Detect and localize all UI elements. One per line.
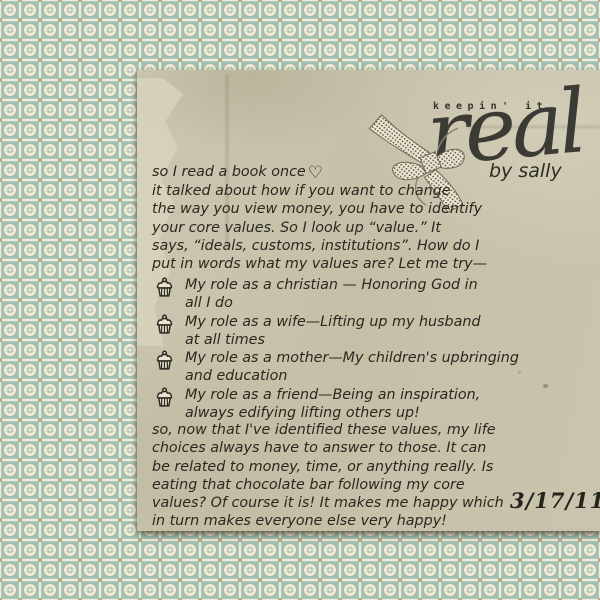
bullet-text: My role as a mother—My children's upbrin…: [185, 349, 519, 367]
bullet-text: and education: [185, 367, 519, 385]
journal-line: says, “ideals, customs, institutions”. H…: [152, 237, 487, 255]
values-list: My role as a christian — Honoring God in…: [152, 276, 519, 422]
journal-line: put in words what my values are? Let me …: [152, 255, 487, 273]
cupcake-icon: [154, 387, 175, 408]
journal-line: in turn makes everyone else very happy!: [152, 512, 504, 530]
cupcake-icon: [154, 314, 175, 335]
list-item: My role as a mother—My children's upbrin…: [152, 349, 519, 386]
scrapbook-page: keepin' it real by sally: [0, 0, 600, 600]
journal-closing: so, now that I've identified these value…: [152, 421, 504, 531]
heart-outline-icon: ♡: [308, 163, 323, 183]
journal-line: so, now that I've identified these value…: [152, 421, 504, 439]
paper-stain: [543, 384, 548, 388]
journal-line: eating that chocolate bar following my c…: [152, 476, 504, 494]
bullet-text: at all times: [185, 331, 519, 349]
bullet-text: My role as a wife—Lifting up my husband: [185, 313, 519, 331]
journal-line: it talked about how if you want to chang…: [152, 182, 487, 200]
bullet-text: always edifying lifting others up!: [185, 404, 519, 422]
date-label: 3/17/11: [510, 488, 600, 513]
journal-intro: so I read a book once♡ it talked about h…: [152, 163, 487, 273]
journal-line: so I read a book once♡: [152, 163, 487, 182]
bullet-text: all I do: [185, 294, 519, 312]
bullet-text: My role as a christian — Honoring God in: [185, 276, 519, 294]
cupcake-icon: [154, 277, 175, 298]
list-item: My role as a friend—Being an inspiration…: [152, 386, 519, 423]
journal-paper: keepin' it real by sally: [137, 70, 600, 531]
list-item: My role as a christian — Honoring God in…: [152, 276, 519, 313]
journal-line: your core values. So I look up “value.” …: [152, 219, 487, 237]
bullet-text: My role as a friend—Being an inspiration…: [185, 386, 519, 404]
cupcake-icon: [154, 350, 175, 371]
list-item: My role as a wife—Lifting up my husband …: [152, 313, 519, 350]
journal-line: values? Of course it is! It makes me hap…: [152, 494, 504, 512]
journal-line: choices always have to answer to those. …: [152, 439, 504, 457]
journal-line: be related to money, time, or anything r…: [152, 458, 504, 476]
journal-line: the way you view money, you have to iden…: [152, 200, 487, 218]
byline: by sally: [489, 160, 562, 182]
